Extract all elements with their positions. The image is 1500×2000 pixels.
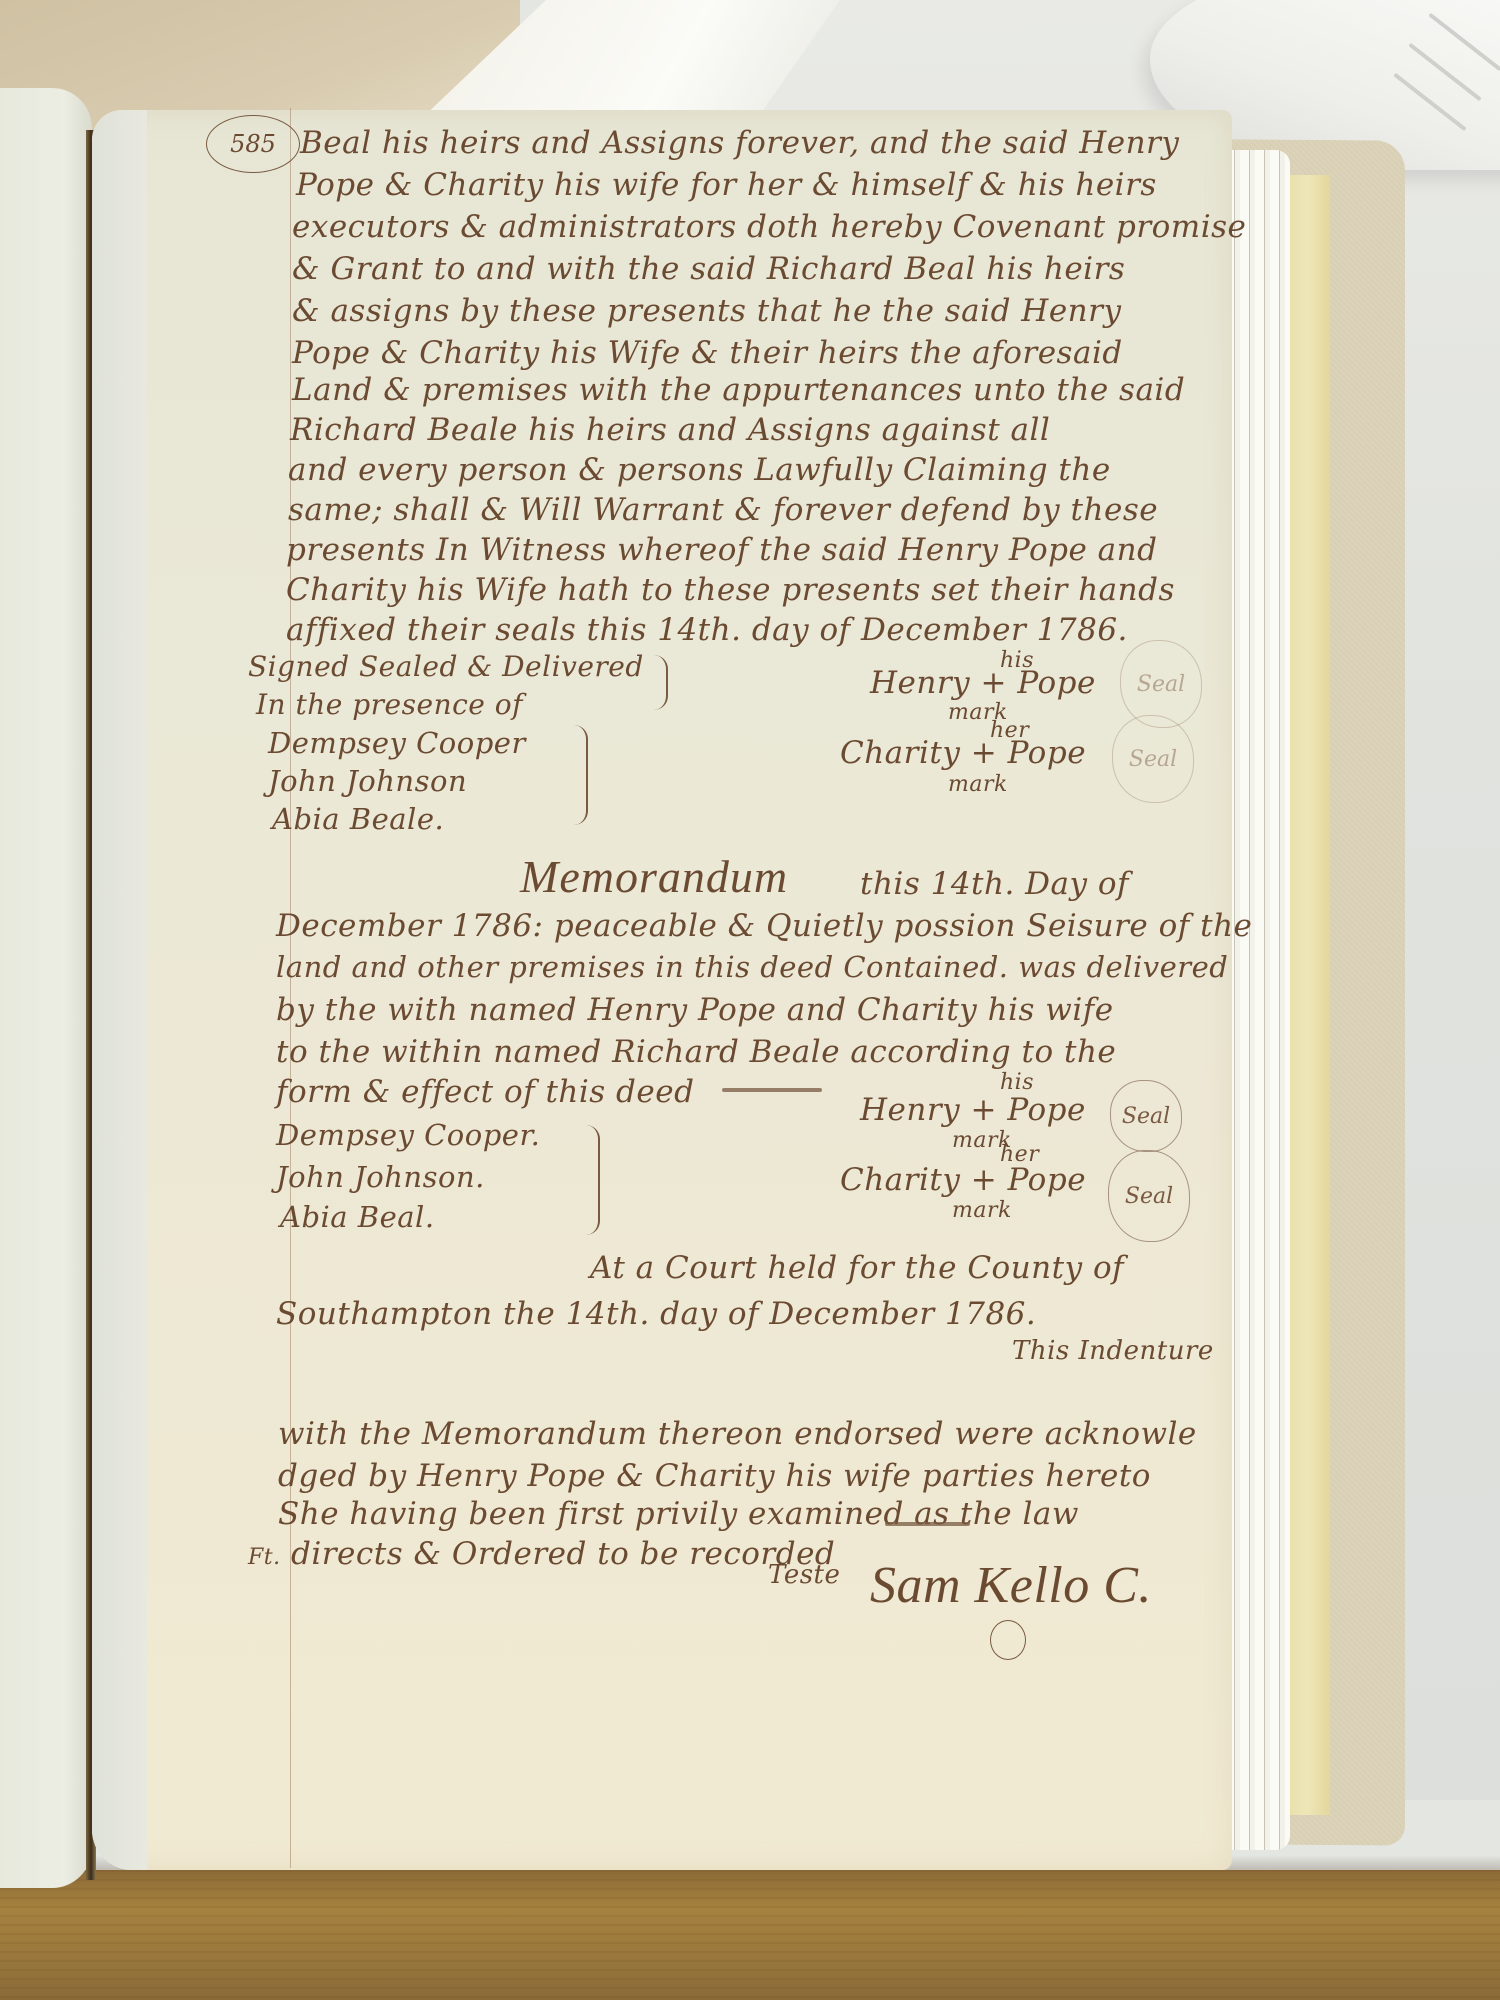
memorandum-line: by the with named Henry Pope and Charity… — [276, 992, 1114, 1028]
wooden-table — [0, 1870, 1500, 2000]
deed-line: and every person & persons Lawfully Clai… — [288, 452, 1111, 488]
memorandum-line: December 1786: peaceable & Quietly possi… — [276, 908, 1252, 944]
vellum-endpaper — [1285, 175, 1330, 1815]
deed-line: & assigns by these presents that he the … — [292, 293, 1121, 329]
witness-name: Abia Beale. — [272, 802, 444, 836]
witness-name: Dempsey Cooper. — [276, 1118, 540, 1152]
deed-line: Richard Beale his heirs and Assigns agai… — [290, 412, 1050, 448]
brace — [650, 655, 668, 710]
margin-rule — [290, 108, 291, 1868]
deed-line: Land & premises with the appurtenances u… — [292, 372, 1185, 408]
court-line: At a Court held for the County of — [590, 1250, 1124, 1286]
signer-surname: Pope — [1008, 735, 1086, 771]
clerk-flourish-mark — [990, 1620, 1026, 1660]
signer-surname: Pope — [1017, 665, 1095, 701]
left-page[interactable] — [0, 88, 92, 1888]
witness-name: Abia Beal. — [280, 1200, 435, 1234]
deed-line: & Grant to and with the said Richard Bea… — [292, 251, 1125, 287]
witness-name: John Johnson. — [276, 1160, 485, 1194]
deed-line: Pope & Charity his wife for her & himsel… — [296, 167, 1157, 203]
pen-flourish — [722, 1088, 822, 1092]
cross-mark: + — [971, 735, 997, 771]
signature-charity-pope: Charity + Pope — [840, 735, 1086, 771]
page-guard-strip — [92, 110, 147, 1870]
clerk-signature: Sam Kello C. — [870, 1556, 1152, 1615]
court-line: dged by Henry Pope & Charity his wife pa… — [278, 1458, 1151, 1494]
signer-surname: Pope — [1008, 1162, 1086, 1198]
signer-surname: Pope — [1007, 1092, 1085, 1128]
memorandum-heading: Memorandum — [520, 850, 788, 903]
wax-seal: Seal — [1112, 715, 1194, 803]
signature-henry-pope: Henry + Pope — [870, 665, 1096, 701]
wax-seal: Seal — [1110, 1080, 1182, 1152]
brace — [582, 1125, 600, 1235]
memorandum-line: to the within named Richard Beale accord… — [276, 1034, 1116, 1070]
witness-name: Dempsey Cooper — [268, 726, 526, 760]
witness-name: John Johnson — [268, 764, 467, 798]
deed-line: presents In Witness whereof the said Hen… — [286, 532, 1157, 568]
page-number: 585 — [206, 115, 300, 173]
signer-name: Henry — [870, 665, 970, 701]
deed-line: executors & administrators doth hereby C… — [292, 209, 1246, 245]
this-indenture: This Indenture — [1012, 1336, 1214, 1366]
court-line: She having been first privily examined a… — [278, 1496, 1079, 1532]
deed-line: Beal his heirs and Assigns forever, and … — [300, 125, 1179, 161]
signed-sealed-delivered: Signed Sealed & Delivered — [248, 650, 644, 683]
signature-henry-pope: Henry + Pope — [860, 1092, 1086, 1128]
signer-name: Charity — [840, 735, 960, 771]
court-line-text: directs & Ordered to be recorded — [291, 1536, 835, 1572]
margin-note: Ft. — [248, 1545, 281, 1570]
cross-mark: + — [981, 665, 1007, 701]
memorandum-line: this 14th. Day of — [860, 866, 1129, 902]
wax-seal: Seal — [1108, 1150, 1190, 1242]
court-line-directs: Ft. directs & Ordered to be recorded — [248, 1536, 835, 1572]
signer-name: Charity — [840, 1162, 960, 1198]
mark-label: mark — [952, 1198, 1012, 1223]
deed-line: Pope & Charity his Wife & their heirs th… — [292, 335, 1123, 371]
deed-line: same; shall & Will Warrant & forever def… — [288, 492, 1158, 528]
deed-line: affixed their seals this 14th. day of De… — [286, 612, 1128, 648]
signer-name: Henry — [860, 1092, 960, 1128]
brace — [570, 725, 588, 825]
in-presence-of: In the presence of — [256, 688, 523, 721]
court-line: with the Memorandum thereon endorsed wer… — [278, 1416, 1197, 1452]
court-line: Southampton the 14th. day of December 17… — [276, 1296, 1036, 1332]
cross-mark: + — [971, 1092, 997, 1128]
wax-seal: Seal — [1120, 640, 1202, 728]
teste-label: Teste — [768, 1560, 840, 1590]
mark-label: mark — [948, 772, 1008, 797]
pen-flourish — [885, 1522, 970, 1526]
deed-line: Charity his Wife hath to these presents … — [286, 572, 1175, 608]
memorandum-line: form & effect of this deed — [276, 1074, 694, 1110]
signature-charity-pope: Charity + Pope — [840, 1162, 1086, 1198]
memorandum-line: land and other premises in this deed Con… — [276, 950, 1228, 984]
cross-mark: + — [971, 1162, 997, 1198]
